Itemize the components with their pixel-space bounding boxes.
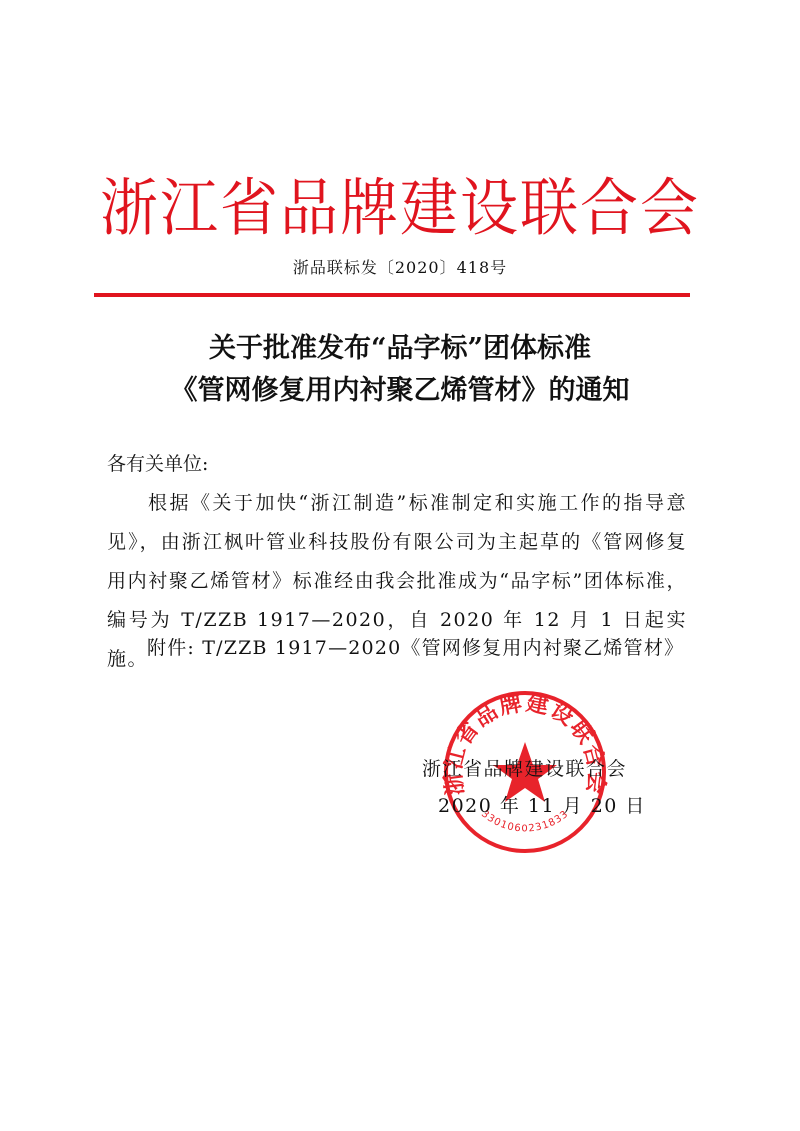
attachment-line: 附件: T/ZZB 1917—2020《管网修复用内衬聚乙烯管材》	[147, 634, 684, 662]
document-number: 浙品联标发〔2020〕418号	[0, 256, 800, 280]
notice-title-line1: 关于批准发布“品字标”团体标准	[0, 328, 800, 370]
red-divider	[94, 293, 690, 297]
signature-organization: 浙江省品牌建设联合会	[422, 755, 627, 783]
signature-date: 2020 年 11 月 20 日	[438, 792, 646, 820]
notice-title-line2: 《管网修复用内衬聚乙烯管材》的通知	[0, 370, 800, 412]
salutation: 各有关单位:	[107, 450, 208, 478]
notice-title: 关于批准发布“品字标”团体标准 《管网修复用内衬聚乙烯管材》的通知	[0, 328, 800, 412]
organization-header: 浙江省品牌建设联合会	[0, 165, 800, 251]
